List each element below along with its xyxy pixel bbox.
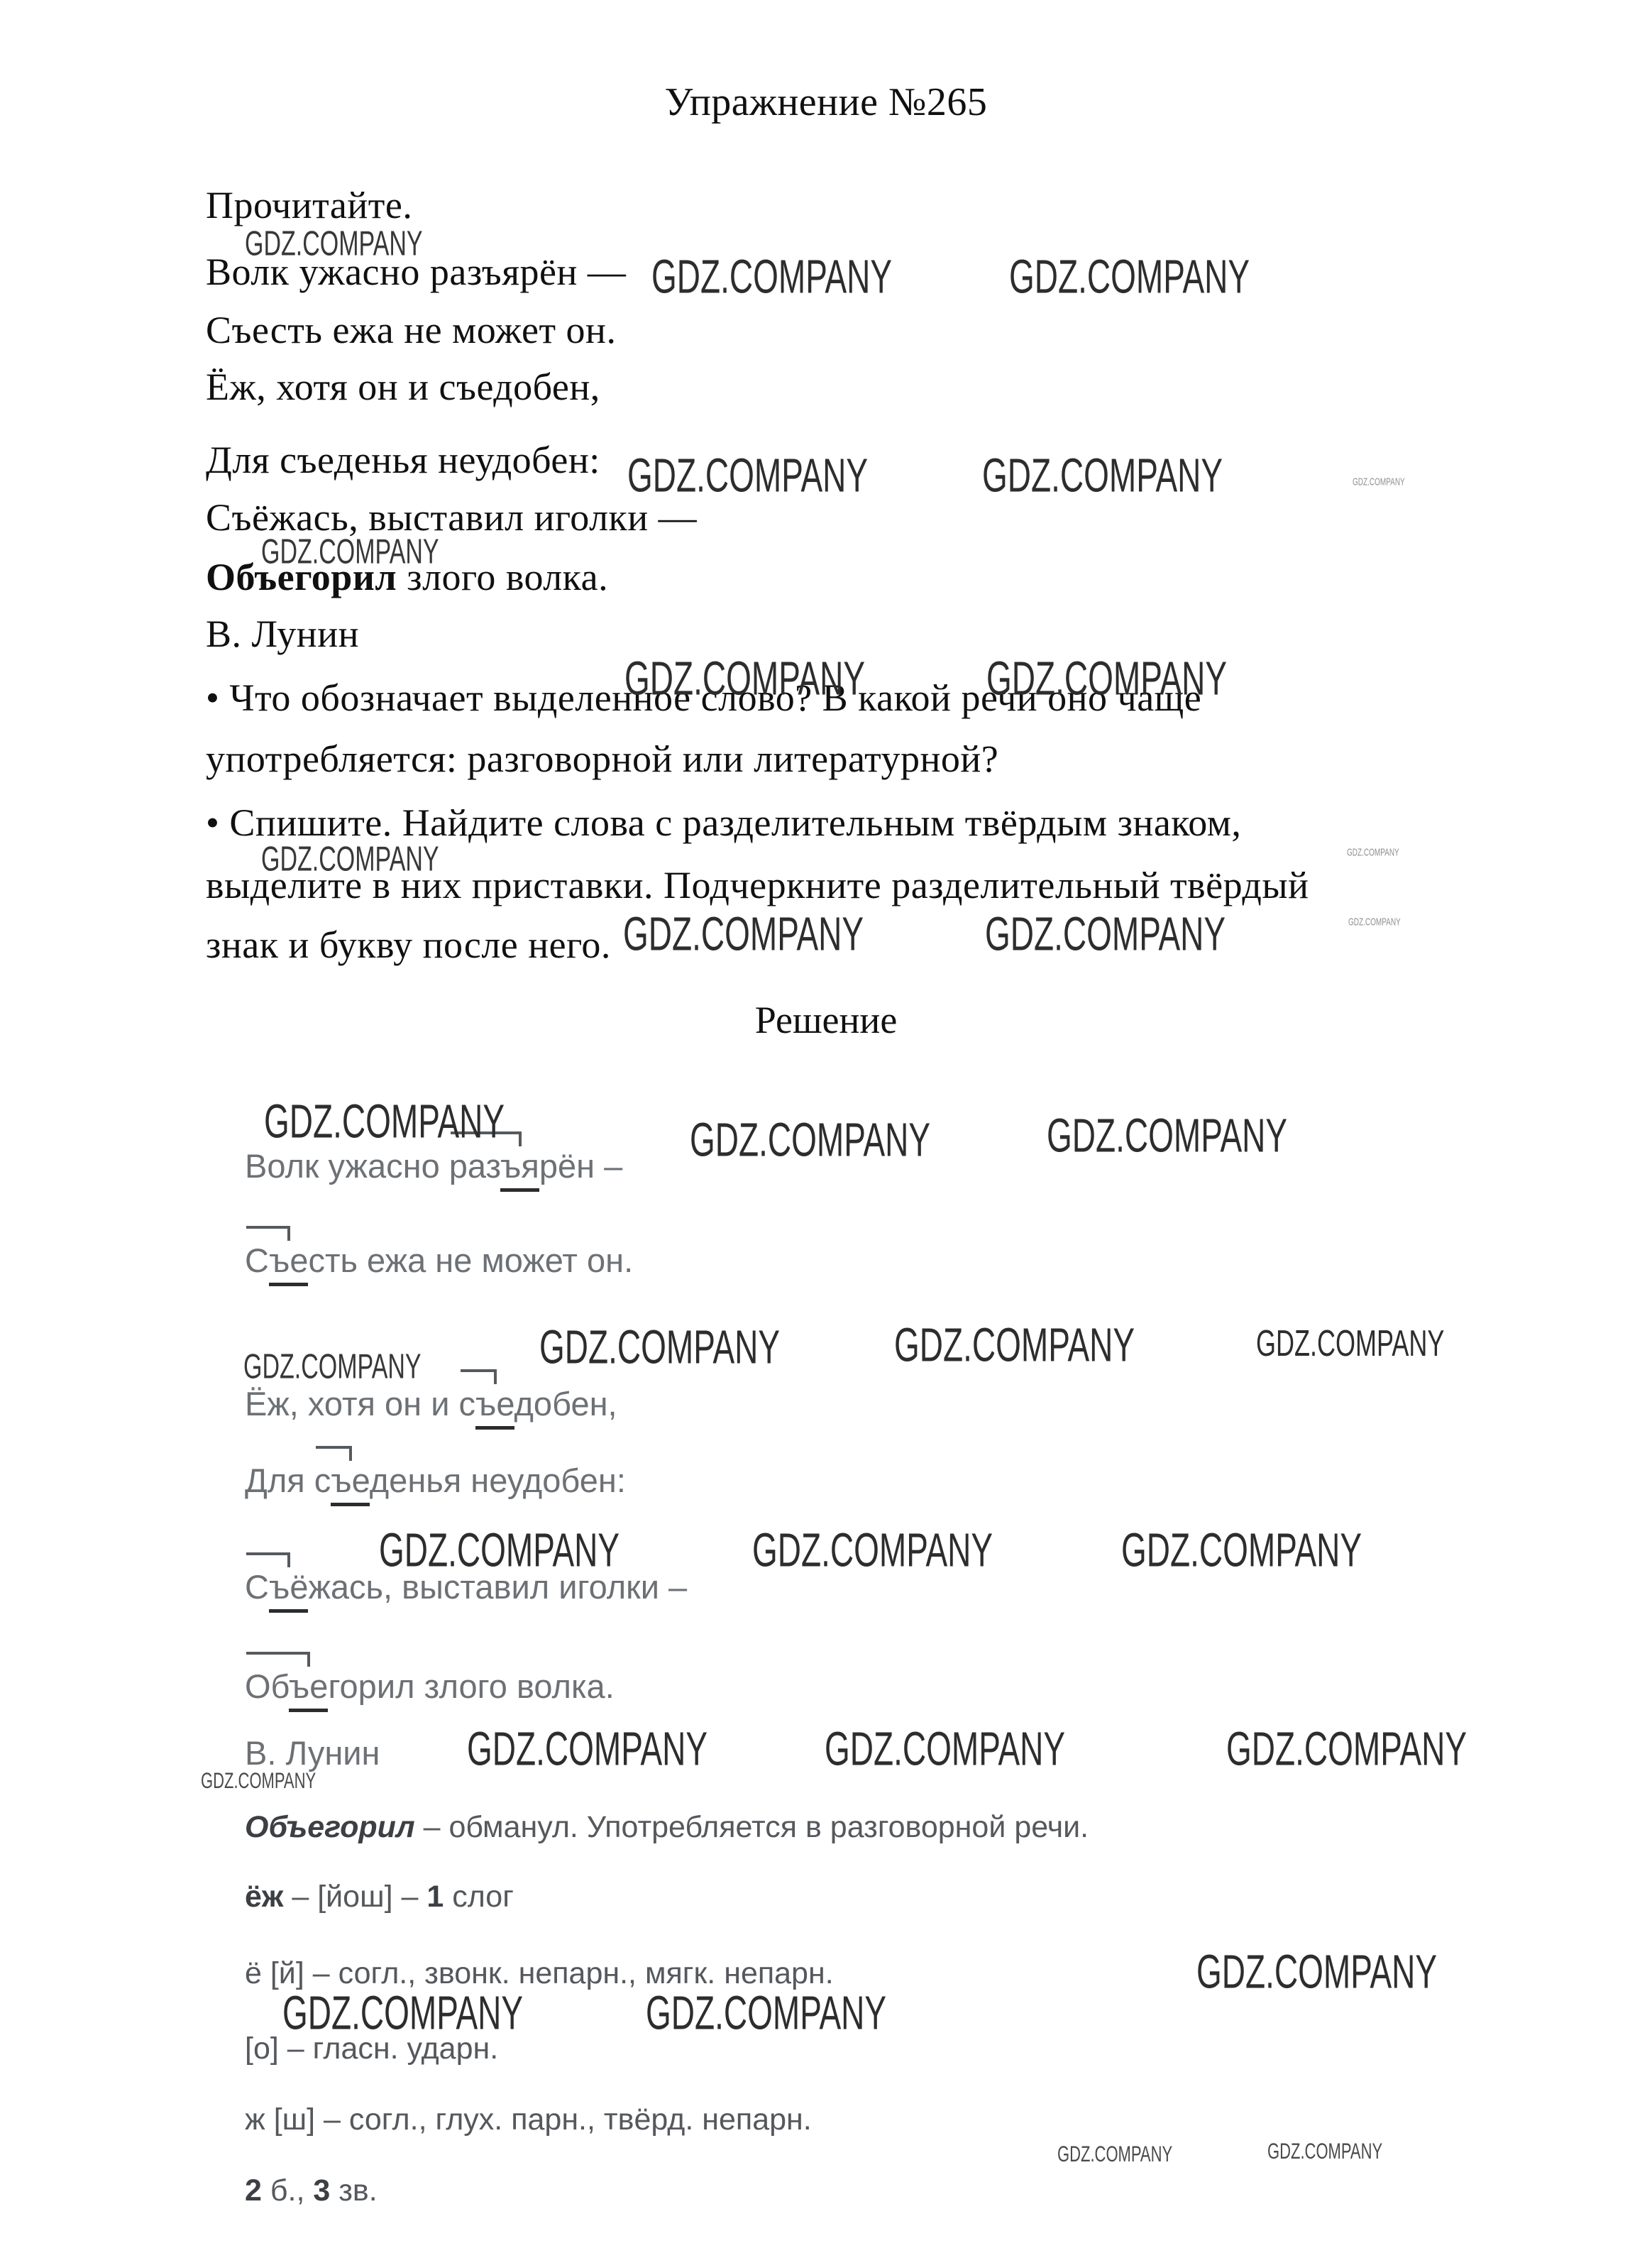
watermark: GDZ.COMPANY	[245, 224, 423, 265]
watermark: GDZ.COMPANY	[825, 1721, 1065, 1776]
task-line: знак и букву после него.	[206, 923, 611, 967]
watermark: GDZ.COMPANY	[1353, 477, 1405, 488]
task-line: Съесть ежа не может он.	[206, 308, 616, 352]
text-run: Волк ужасно	[245, 1147, 449, 1185]
hard-sign-underline: ъя	[500, 1147, 539, 1192]
watermark: GDZ.COMPANY	[624, 650, 865, 706]
hard-sign-underline: ъё	[269, 1568, 309, 1613]
prefix-letters: с	[459, 1385, 476, 1422]
prefix-letters: Об	[245, 1667, 289, 1705]
task-line: употребляется: разговорной или литератур…	[206, 737, 998, 781]
watermark: GDZ.COMPANY	[894, 1317, 1135, 1372]
prefix-letters: с	[314, 1462, 331, 1499]
watermark: GDZ.COMPANY	[1226, 1721, 1467, 1776]
watermark: GDZ.COMPANY	[1009, 248, 1250, 304]
text-run: денья неудобен:	[370, 1462, 626, 1499]
text-run: Для	[245, 1462, 314, 1499]
watermark: GDZ.COMPANY	[985, 906, 1226, 961]
watermark: GDZ.COMPANY	[1196, 1944, 1437, 1999]
analysis-line: Объегорил – обманул. Употребляется в раз…	[245, 1810, 1089, 1845]
text-run: Ёж, хотя он и съедобен,	[206, 366, 600, 408]
watermark: GDZ.COMPANY	[651, 248, 892, 304]
watermark: GDZ.COMPANY	[379, 1522, 619, 1577]
text-run: С	[245, 1241, 269, 1279]
text-run: 1	[426, 1880, 444, 1914]
watermark: GDZ.COMPANY	[539, 1319, 780, 1374]
watermark: GDZ.COMPANY	[1256, 1322, 1444, 1365]
watermark: GDZ.COMPANY	[243, 1347, 422, 1388]
hard-sign-underline: ъе	[289, 1667, 329, 1712]
prefix-bracket-mark	[246, 1552, 290, 1567]
text-run: 2	[245, 2173, 262, 2208]
text-run: раз	[449, 1147, 500, 1185]
solution-line: Ёж, хотя он и съедобен,	[245, 1384, 617, 1423]
watermark: GDZ.COMPANY	[986, 650, 1227, 706]
text-run: ж [ш] – согл., глух. парн., твёрд. непар…	[245, 2103, 812, 2137]
watermark: GDZ.COMPANY	[264, 1093, 505, 1149]
text-run: с	[459, 1385, 476, 1422]
prefix-letters: С	[245, 1241, 269, 1279]
watermark: GDZ.COMPANY	[623, 906, 864, 961]
prefix-letters: С	[245, 1568, 269, 1606]
exercise-title: Упражнение №265	[0, 80, 1652, 125]
hard-sign-underline: ъе	[331, 1462, 369, 1506]
text-run: Ёж, хотя он и	[245, 1385, 459, 1422]
solution-line: Съесть ежа не может он.	[245, 1241, 633, 1280]
solution-line: Для съеденья неудобен:	[245, 1461, 626, 1500]
watermark: GDZ.COMPANY	[282, 1985, 523, 2040]
text-run: Съесть ежа не может он.	[206, 309, 616, 351]
text-run: • Спишите. Найдите слова с разделительны…	[206, 801, 1241, 844]
task-line: Прочитайте.	[206, 183, 412, 227]
solution-line: В. Лунин	[245, 1733, 380, 1772]
text-run: рён –	[539, 1147, 622, 1185]
task-line: В. Лунин	[206, 612, 359, 656]
watermark: GDZ.COMPANY	[646, 1985, 886, 2040]
hard-sign-underline: ъе	[475, 1385, 514, 1430]
text-run: употребляется: разговорной или литератур…	[206, 738, 998, 780]
watermark: GDZ.COMPANY	[1347, 848, 1399, 859]
watermark: GDZ.COMPANY	[1267, 2138, 1382, 2165]
text-run: Об	[245, 1667, 289, 1705]
text-run: зв.	[330, 2173, 377, 2208]
solution-header: Решение	[0, 998, 1652, 1042]
prefix-letters: раз	[449, 1147, 500, 1185]
text-run: б.,	[262, 2173, 313, 2208]
analysis-line: 2 б., 3 зв.	[245, 2173, 378, 2208]
text-run: горил злого волка.	[328, 1667, 614, 1705]
watermark: GDZ.COMPANY	[1348, 917, 1401, 928]
text-run: ёж	[245, 1880, 283, 1914]
document-page: Упражнение №265 Прочитайте.Волк ужасно р…	[0, 0, 1652, 2253]
watermark: GDZ.COMPANY	[201, 1767, 316, 1794]
text-run: 3	[313, 2173, 330, 2208]
task-line: Для съеденья неудобен:	[206, 438, 600, 482]
watermark: GDZ.COMPANY	[1047, 1107, 1287, 1163]
prefix-bracket-mark	[461, 1369, 497, 1384]
prefix-bracket-mark	[316, 1446, 353, 1461]
watermark: GDZ.COMPANY	[1121, 1522, 1362, 1577]
text-run: Для съеденья неудобен:	[206, 439, 600, 481]
watermark: GDZ.COMPANY	[627, 447, 868, 503]
watermark: GDZ.COMPANY	[982, 447, 1223, 503]
text-run: знак и букву после него.	[206, 923, 611, 966]
text-run: слог	[444, 1880, 514, 1914]
text-run: Объегорил	[245, 1810, 415, 1844]
watermark: GDZ.COMPANY	[690, 1112, 930, 1167]
text-run: С	[245, 1568, 269, 1606]
text-run: В. Лунин	[245, 1734, 380, 1772]
watermark: GDZ.COMPANY	[1057, 2141, 1172, 2168]
text-run: с	[314, 1462, 331, 1499]
hard-sign-underline: ъе	[269, 1241, 309, 1286]
text-run: добен,	[514, 1385, 617, 1422]
solution-line: Волк ужасно разъярён –	[245, 1146, 622, 1185]
watermark: GDZ.COMPANY	[261, 532, 439, 573]
text-run: – обманул. Употребляется в разговорной р…	[415, 1810, 1089, 1844]
text-run: Прочитайте.	[206, 184, 412, 226]
prefix-bracket-mark	[246, 1652, 310, 1667]
watermark: GDZ.COMPANY	[752, 1522, 993, 1577]
watermark: GDZ.COMPANY	[261, 840, 439, 880]
task-line: • Спишите. Найдите слова с разделительны…	[206, 801, 1241, 845]
task-line: Ёж, хотя он и съедобен,	[206, 365, 600, 409]
text-run: сть ежа не может он.	[308, 1241, 633, 1279]
text-run: В. Лунин	[206, 613, 359, 655]
solution-line: Объегорил злого волка.	[245, 1667, 615, 1706]
analysis-line: ж [ш] – согл., глух. парн., твёрд. непар…	[245, 2103, 812, 2137]
watermark: GDZ.COMPANY	[467, 1721, 707, 1776]
analysis-line: ёж – [йош] – 1 слог	[245, 1880, 514, 1914]
prefix-bracket-mark	[246, 1226, 290, 1241]
text-run: – [йош] –	[283, 1880, 426, 1914]
